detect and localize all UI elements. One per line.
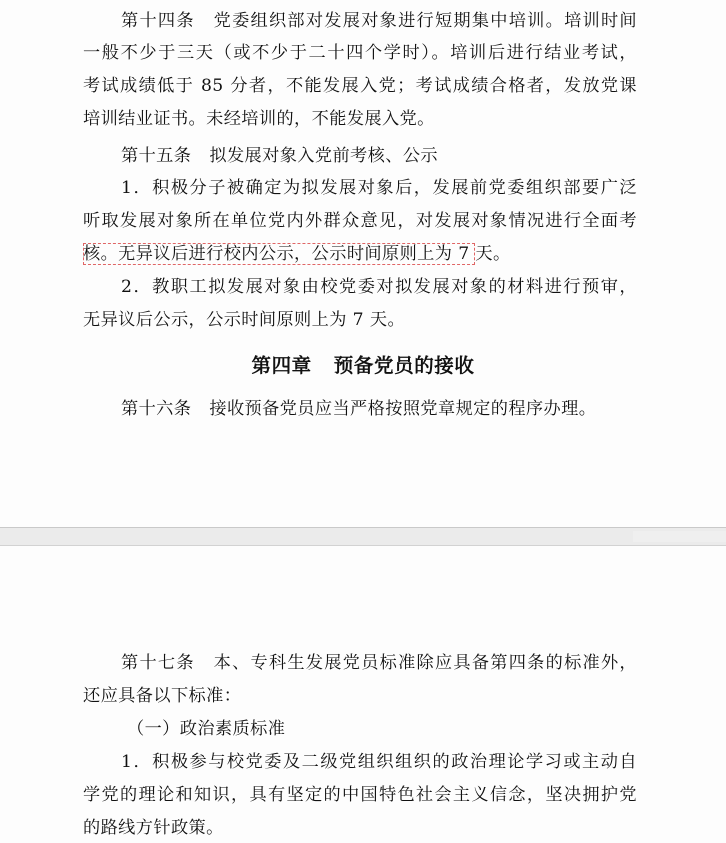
article-16: 第十六条接收预备党员应当严格按照党章规定的程序办理。 bbox=[121, 398, 637, 420]
page-break-gap bbox=[0, 527, 726, 546]
article-15-item-1-line-1: 1．积极分子被确定为拟发展对象后，发展前党委组织部要广泛 bbox=[121, 177, 637, 199]
article-15-title: 拟发展对象入党前考核、公示 bbox=[209, 146, 438, 166]
page-gap-highlight bbox=[633, 531, 726, 542]
chapter-4-title: 预备党员的接收 bbox=[334, 354, 475, 377]
article-17-line-2: 还应具备以下标准： bbox=[83, 685, 637, 707]
article-14-line-1: 第十四条党委组织部对发展对象进行短期集中培训。培训时间 bbox=[121, 10, 637, 32]
section-1-item-1-line-3: 的路线方针政策。 bbox=[83, 817, 637, 839]
article-15-item-2-line-1: 2．教职工拟发展对象由校党委对拟发展对象的材料进行预审， bbox=[121, 276, 637, 298]
article-14-line-3: 考试成绩低于 85 分者，不能发展入党；考试成绩合格者，发放党课 bbox=[83, 75, 637, 97]
chapter-4-heading: 第四章预备党员的接收 bbox=[0, 354, 726, 378]
section-1-title: （一）政治素质标准 bbox=[127, 718, 285, 740]
article-15-item-2-line-2: 无异议后公示，公示时间原则上为 7 天。 bbox=[83, 309, 637, 331]
article-14-label: 第十四条 bbox=[121, 11, 195, 31]
article-14-text: 党委组织部对发展对象进行短期集中培训。培训时间 bbox=[213, 11, 637, 31]
article-17-line-1: 第十七条本、专科生发展党员标准除应具备第四条的标准外， bbox=[121, 652, 637, 674]
article-15-label: 第十五条 bbox=[121, 146, 191, 166]
document-page-1: 第十四条党委组织部对发展对象进行短期集中培训。培训时间 一般不少于三天（或不少于… bbox=[0, 0, 726, 527]
article-17-label: 第十七条 bbox=[121, 653, 195, 673]
article-15-item-1-line-3[interactable]: 核。无异议后进行校内公示，公示时间原则上为 7 天。 bbox=[83, 243, 637, 265]
section-1-item-1-line-2: 学党的理论和知识，具有坚定的中国特色社会主义信念，坚决拥护党 bbox=[83, 784, 637, 806]
section-1-item-1-line-1: 1．积极参与校党委及二级党组织组织的政治理论学习或主动自 bbox=[121, 751, 637, 773]
document-page-2: 第十七条本、专科生发展党员标准除应具备第四条的标准外， 还应具备以下标准： （一… bbox=[0, 546, 726, 843]
article-15-heading: 第十五条拟发展对象入党前考核、公示 bbox=[121, 145, 637, 167]
article-14-line-4: 培训结业证书。未经培训的，不能发展入党。 bbox=[83, 108, 637, 130]
article-14-line-2: 一般不少于三天（或不少于二十四个学时）。培训后进行结业考试， bbox=[83, 42, 637, 64]
chapter-4-label: 第四章 bbox=[251, 354, 311, 377]
article-17-text: 本、专科生发展党员标准除应具备第四条的标准外， bbox=[213, 653, 637, 673]
article-15-item-1-line-2: 听取发展对象所在单位党内外群众意见，对发展对象情况进行全面考 bbox=[83, 210, 637, 232]
article-16-label: 第十六条 bbox=[121, 399, 191, 419]
article-16-text: 接收预备党员应当严格按照党章规定的程序办理。 bbox=[209, 399, 596, 419]
